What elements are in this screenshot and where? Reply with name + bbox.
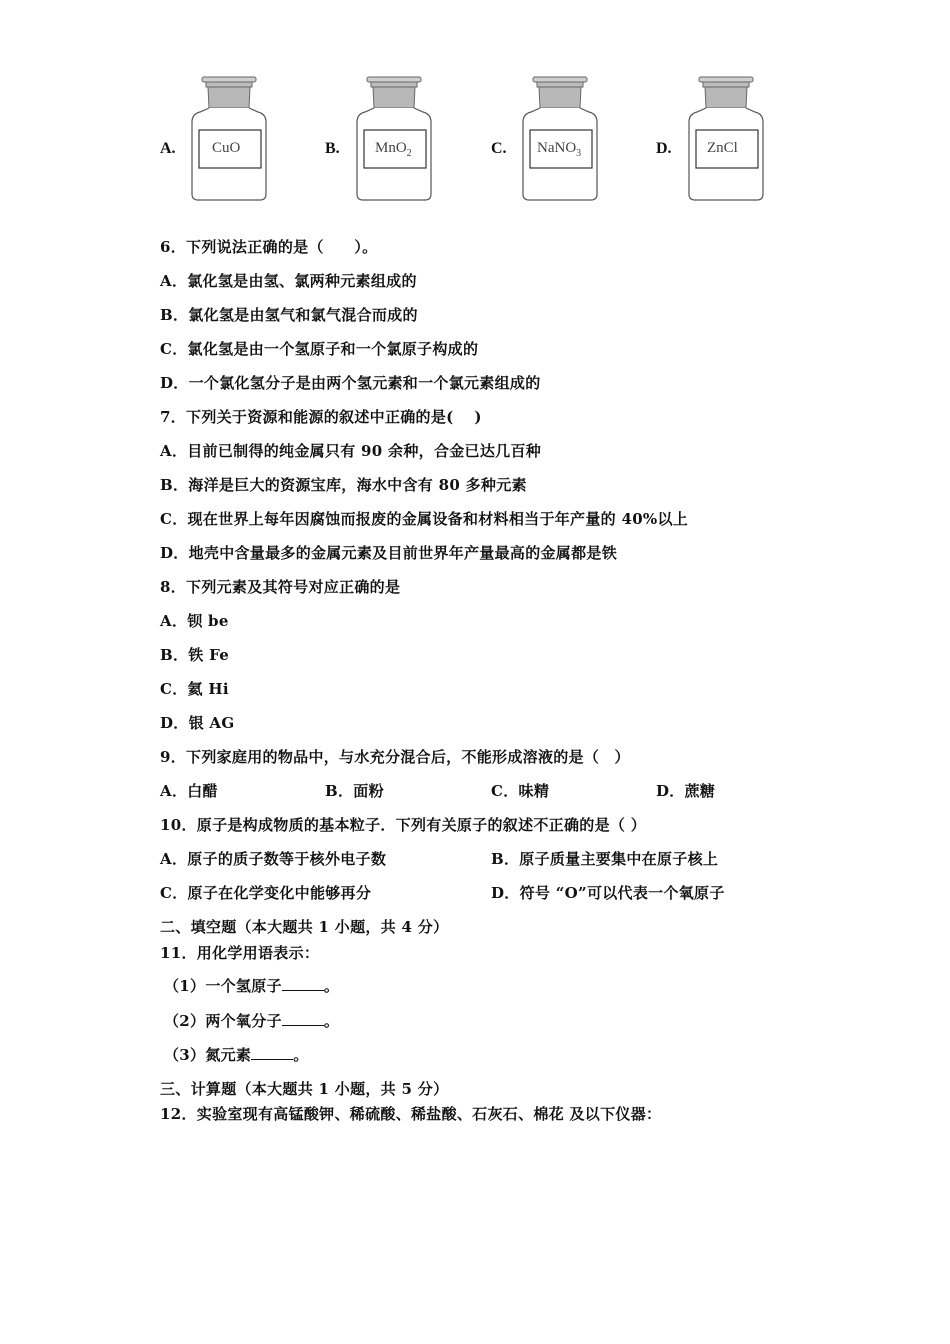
- option-b: B．氯化氢是由氢气和氯气混合而成的: [160, 304, 418, 325]
- option-letter-d: D.: [656, 140, 672, 158]
- bottle-label: ZnCl: [707, 140, 738, 157]
- question-stem: 12．实验室现有高锰酸钾、稀硫酸、稀盐酸、石灰石、棉花 及以下仪器：: [160, 1103, 661, 1124]
- option-a: A．目前已制得的纯金属只有 90 余种，合金已达几百种: [160, 440, 541, 461]
- answer-blank[interactable]: [282, 978, 324, 991]
- option-d: D．符号 “O”可以代表一个氧原子: [491, 882, 725, 903]
- option-letter-b: B.: [325, 140, 340, 158]
- question-stem: 7．下列关于资源和能源的叙述中正确的是( ): [160, 406, 482, 427]
- option-a: A．钡 be: [160, 610, 229, 631]
- option-c: C．现在世界上每年因腐蚀而报废的金属设备和材料相当于年产量的 40%以上: [160, 508, 688, 529]
- option-d: D．一个氯化氢分子是由两个氢元素和一个氯元素组成的: [160, 372, 541, 393]
- blank-item-1: （1）一个氢原子。: [164, 975, 339, 996]
- bottle-zncl: ZnCl: [685, 76, 767, 202]
- option-c: C．原子在化学变化中能够再分: [160, 882, 371, 903]
- option-c: C．氦 Hi: [160, 678, 229, 699]
- option-b: B．铁 Fe: [160, 644, 229, 665]
- bottle-cuo: CuO: [188, 76, 270, 202]
- option-b: B．海洋是巨大的资源宝库，海水中含有 80 多种元素: [160, 474, 527, 495]
- section-heading: 二、填空题（本大题共 1 小题，共 4 分）: [160, 916, 448, 937]
- answer-blank[interactable]: [282, 1013, 324, 1026]
- option-c: C．氯化氢是由一个氢原子和一个氯原子构成的: [160, 338, 478, 359]
- bottle-mno2: MnO2: [353, 76, 435, 202]
- option-b: B．面粉: [325, 780, 384, 801]
- question-stem: 11．用化学用语表示：: [160, 942, 319, 963]
- question-stem: 10．原子是构成物质的基本粒子．下列有关原子的叙述不正确的是（ ）: [160, 814, 646, 835]
- blank-item-2: （2）两个氧分子。: [164, 1010, 339, 1031]
- question-stem: 6．下列说法正确的是（ ）。: [160, 236, 377, 257]
- option-d: D．银 AG: [160, 712, 234, 733]
- option-letter-c: C.: [491, 140, 507, 158]
- option-a: A．原子的质子数等于核外电子数: [160, 848, 386, 869]
- bottle-label: NaNO3: [537, 140, 581, 159]
- answer-blank[interactable]: [251, 1047, 293, 1060]
- option-b: B．原子质量主要集中在原子核上: [491, 848, 718, 869]
- option-d: D．蔗糖: [656, 780, 715, 801]
- reagent-bottle-icon: [188, 76, 270, 202]
- question-stem: 9．下列家庭用的物品中，与水充分混合后，不能形成溶液的是（ ）: [160, 746, 630, 767]
- bottle-nano3: NaNO3: [519, 76, 601, 202]
- question-stem: 8．下列元素及其符号对应正确的是: [160, 576, 400, 597]
- reagent-bottle-icon: [519, 76, 601, 202]
- option-d: D．地壳中含量最多的金属元素及目前世界年产量最高的金属都是铁: [160, 542, 617, 563]
- bottle-label: MnO2: [375, 140, 412, 159]
- reagent-bottle-icon: [353, 76, 435, 202]
- section-heading: 三、计算题（本大题共 1 小题，共 5 分）: [160, 1078, 448, 1099]
- option-letter-a: A.: [160, 140, 176, 158]
- option-a: A．白醋: [160, 780, 218, 801]
- option-a: A．氯化氢是由氢、氯两种元素组成的: [160, 270, 417, 291]
- bottle-label: CuO: [212, 140, 240, 157]
- reagent-bottle-icon: [685, 76, 767, 202]
- option-c: C．味精: [491, 780, 549, 801]
- blank-item-3: （3）氮元素。: [164, 1044, 309, 1065]
